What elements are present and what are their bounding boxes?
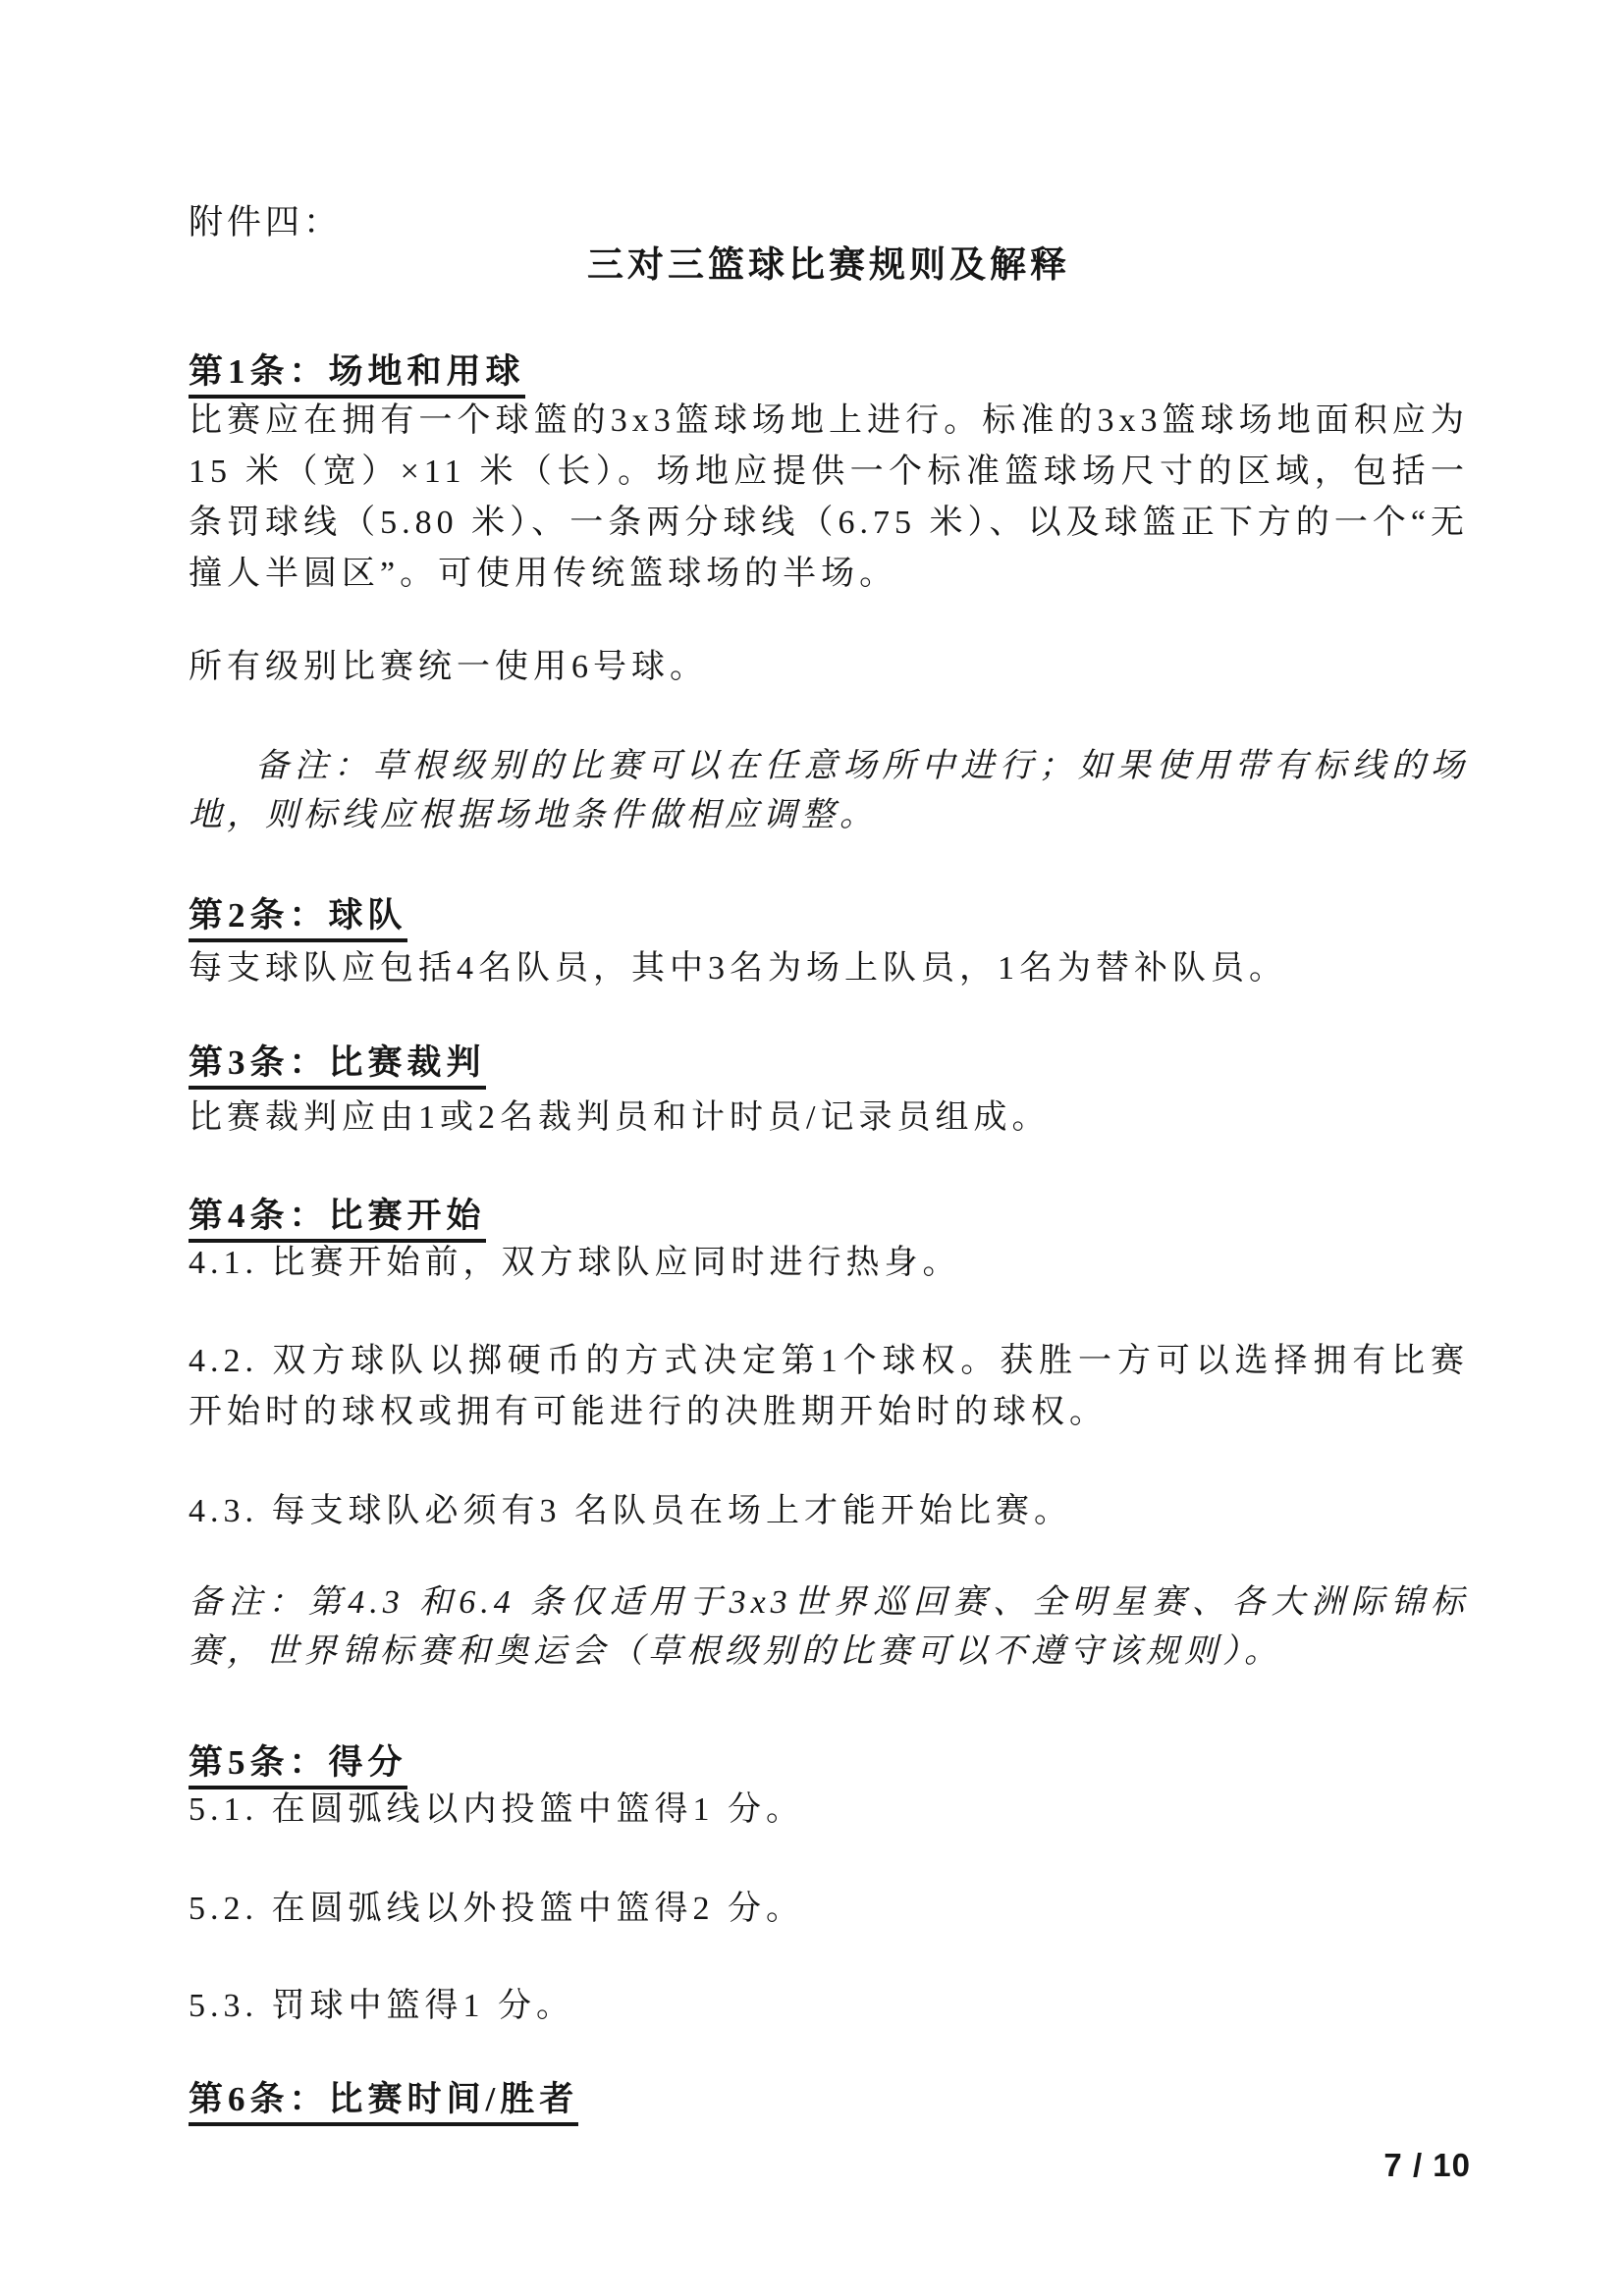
page-number: 7 / 10 [1383, 2146, 1471, 2185]
section-1-heading: 第1条：场地和用球 [189, 352, 525, 399]
officials-paragraph: 比赛裁判应由1或2名裁判员和计时员/记录员组成。 [189, 1093, 1469, 1144]
section-2-heading: 第2条：球队 [189, 896, 407, 942]
attachment-label: 附件四： [189, 197, 1469, 248]
section-6-heading: 第6条：比赛时间/胜者 [189, 2080, 578, 2126]
rule-5-2-paragraph: 5.2. 在圆弧线以外投篮中篮得2 分。 [189, 1884, 1469, 1935]
grassroots-court-note: 备注：草根级别的比赛可以在任意场所中进行；如果使用带有标线的场地，则标线应根据场… [189, 742, 1469, 840]
rule-5-1-paragraph: 5.1. 在圆弧线以内投篮中篮得1 分。 [189, 1785, 1469, 1836]
rule-5-3-paragraph: 5.3. 罚球中篮得1 分。 [189, 1981, 1469, 2032]
teams-paragraph: 每支球队应包括4名队员，其中3名为场上队员，1名为替补队员。 [189, 943, 1469, 994]
scanned-document-page: 附件四： 三对三篮球比赛规则及解释 第1条：场地和用球 比赛应在拥有一个球篮的3… [0, 0, 1624, 2296]
page-title: 三对三篮球比赛规则及解释 [189, 243, 1469, 289]
section-5-heading: 第5条：得分 [189, 1743, 407, 1789]
section-4-heading: 第4条：比赛开始 [189, 1197, 486, 1243]
rule-4-2-paragraph: 4.2. 双方球队以掷硬币的方式决定第1个球权。获胜一方可以选择拥有比赛开始时的… [189, 1336, 1469, 1438]
rule-4-1-paragraph: 4.1. 比赛开始前，双方球队应同时进行热身。 [189, 1238, 1469, 1289]
applicability-note: 备注：第4.3 和6.4 条仅适用于3x3世界巡回赛、全明星赛、各大洲际锦标赛，… [189, 1578, 1469, 1677]
court-and-ball-paragraph: 比赛应在拥有一个球篮的3x3篮球场地上进行。标准的3x3篮球场地面积应为15 米… [189, 396, 1469, 600]
ball-size-paragraph: 所有级别比赛统一使用6号球。 [189, 642, 1469, 693]
section-3-heading: 第3条：比赛裁判 [189, 1043, 486, 1090]
rule-4-3-paragraph: 4.3. 每支球队必须有3 名队员在场上才能开始比赛。 [189, 1486, 1469, 1537]
